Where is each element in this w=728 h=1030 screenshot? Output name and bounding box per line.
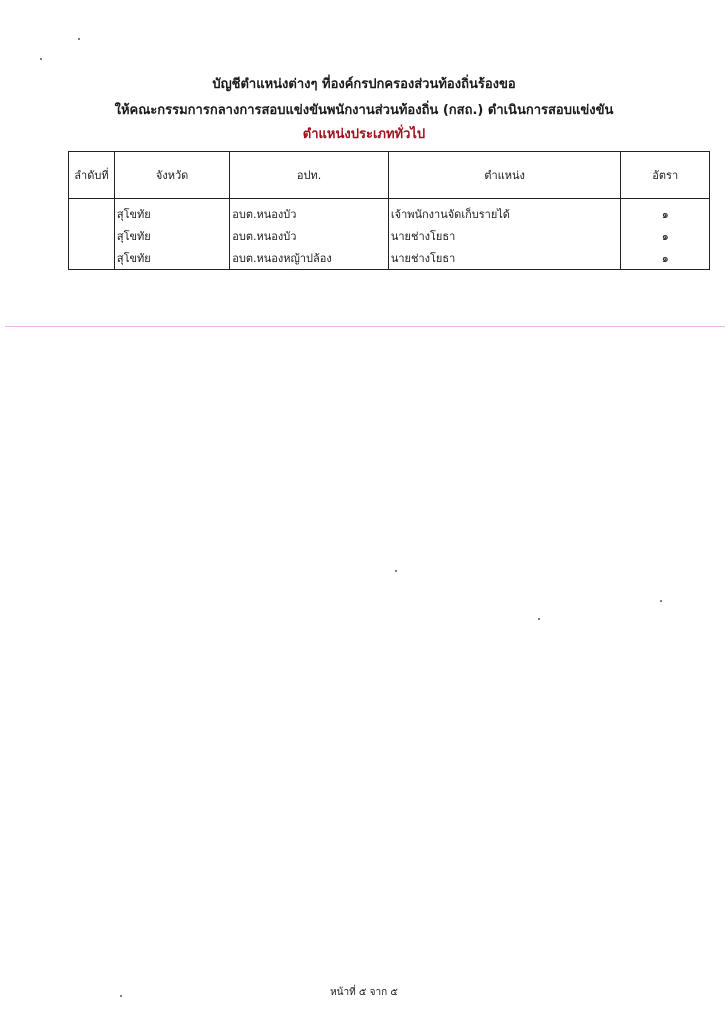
scan-speck bbox=[78, 38, 80, 40]
cell-province: สุโขทัย bbox=[114, 225, 229, 247]
scan-speck bbox=[40, 58, 42, 60]
cell-order bbox=[69, 225, 115, 247]
table-row: สุโขทัย อบต.หนองบัว นายช่างโยธา ๑ bbox=[69, 225, 710, 247]
cell-organization: อบต.หนองบัว bbox=[230, 199, 389, 226]
scan-speck bbox=[660, 600, 662, 602]
cell-position: นายช่างโยธา bbox=[388, 225, 621, 247]
column-header-position: ตำแหน่ง bbox=[388, 152, 621, 199]
cell-position: นายช่างโยธา bbox=[388, 247, 621, 270]
column-header-organization: อปท. bbox=[230, 152, 389, 199]
cell-order bbox=[69, 247, 115, 270]
scan-speck bbox=[538, 618, 540, 620]
column-header-province: จังหวัด bbox=[114, 152, 229, 199]
cell-province: สุโขทัย bbox=[114, 199, 229, 226]
positions-table: ลำดับที่ จังหวัด อปท. ตำแหน่ง อัตรา สุโข… bbox=[68, 151, 710, 270]
cell-rate: ๑ bbox=[621, 225, 710, 247]
cell-organization: อบต.หนองบัว bbox=[230, 225, 389, 247]
document-title-line-2: ให้คณะกรรมการกลางการสอบแข่งขันพนักงานส่ว… bbox=[0, 99, 728, 120]
document-title-line-1: บัญชีตำแหน่งต่างๆ ที่องค์กรปกครองส่วนท้อ… bbox=[0, 73, 728, 94]
table-row: สุโขทัย อบต.หนองบัว เจ้าพนักงานจัดเก็บรา… bbox=[69, 199, 710, 226]
scan-artifact-line bbox=[5, 326, 725, 327]
cell-rate: ๑ bbox=[621, 199, 710, 226]
table-row: สุโขทัย อบต.หนองหญ้าปล้อง นายช่างโยธา ๑ bbox=[69, 247, 710, 270]
position-category-heading: ตำแหน่งประเภททั่วไป bbox=[0, 123, 728, 144]
cell-order bbox=[69, 199, 115, 226]
column-header-order: ลำดับที่ bbox=[69, 152, 115, 199]
page-number: หน้าที่ ๕ จาก ๕ bbox=[0, 985, 728, 1000]
scan-speck bbox=[395, 570, 397, 572]
cell-rate: ๑ bbox=[621, 247, 710, 270]
cell-position: เจ้าพนักงานจัดเก็บรายได้ bbox=[388, 199, 621, 226]
column-header-rate: อัตรา bbox=[621, 152, 710, 199]
table-header-row: ลำดับที่ จังหวัด อปท. ตำแหน่ง อัตรา bbox=[69, 152, 710, 199]
cell-organization: อบต.หนองหญ้าปล้อง bbox=[230, 247, 389, 270]
cell-province: สุโขทัย bbox=[114, 247, 229, 270]
